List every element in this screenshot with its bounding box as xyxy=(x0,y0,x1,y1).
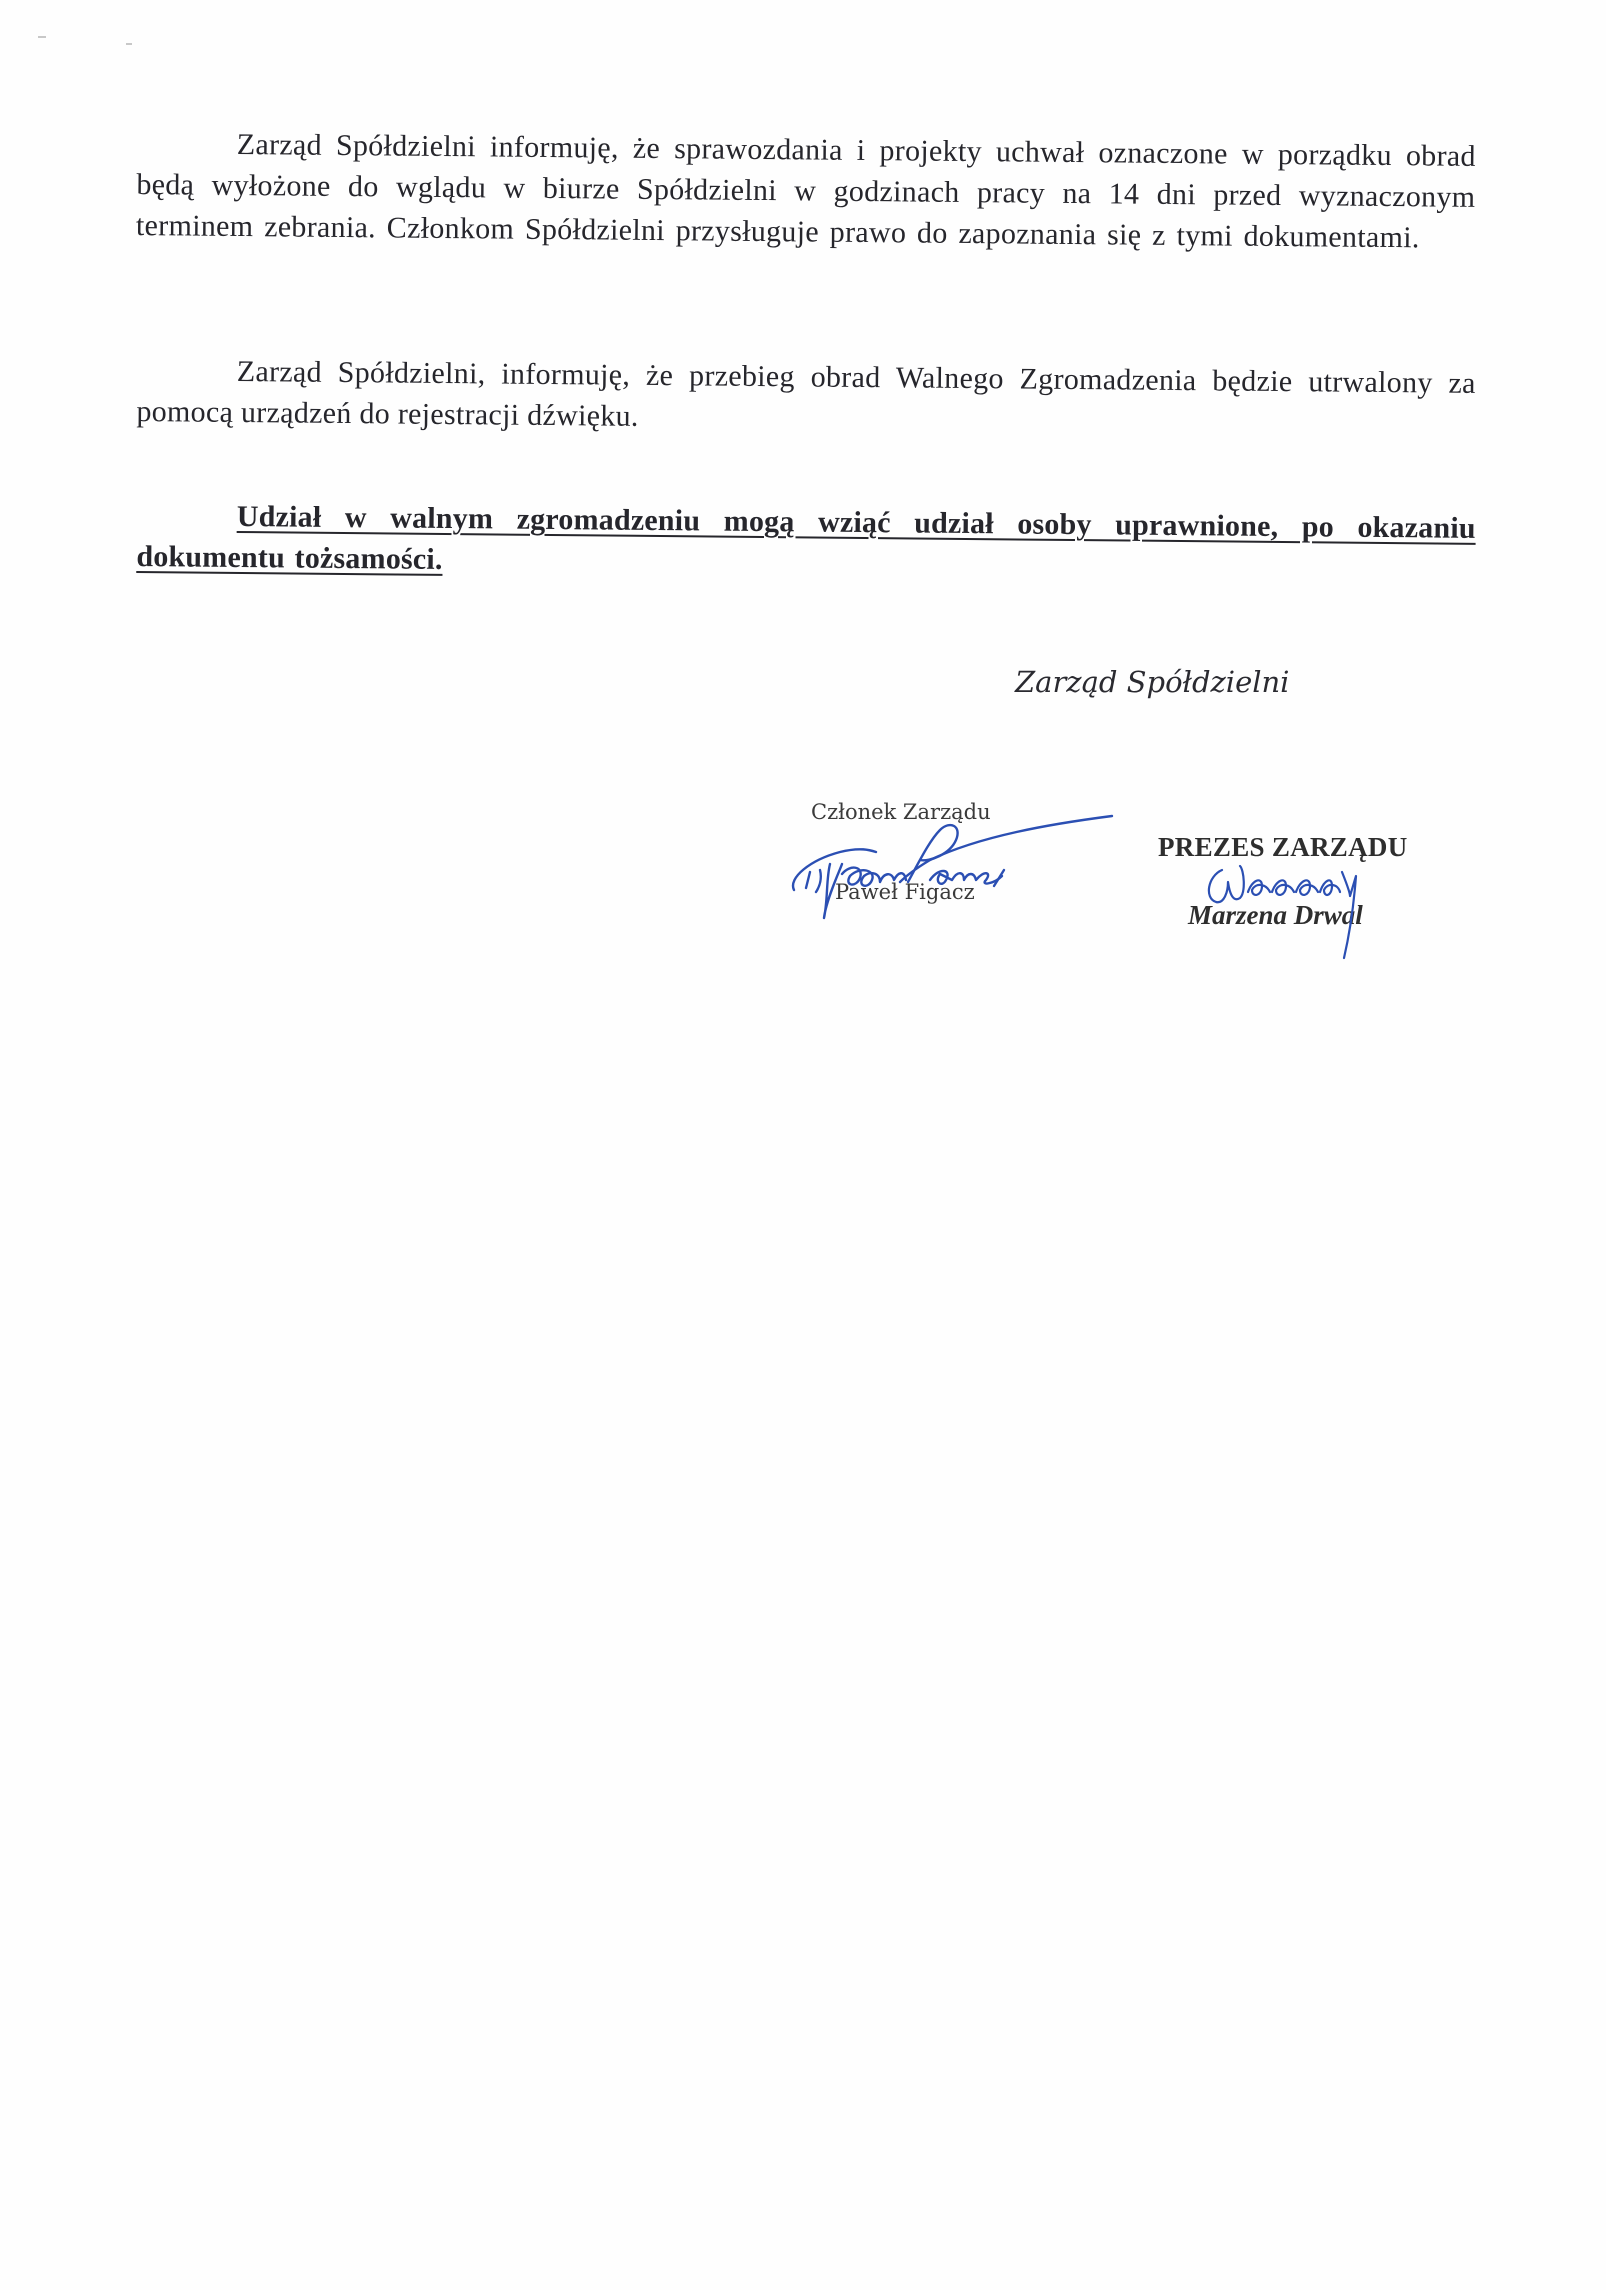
closing-signature-line: Zarząd Spółdzielni xyxy=(1015,665,1289,699)
document-page: Zarząd Spółdzielni informuję, że sprawoz… xyxy=(0,0,1606,2290)
paragraph-attendance-notice: Udział w walnym zgromadzeniu mogą wziąć … xyxy=(136,495,1476,590)
scan-speck xyxy=(38,36,46,38)
paragraph-documents-availability: Zarząd Spółdzielni informuję, że sprawoz… xyxy=(136,123,1476,259)
board-member-signature-icon xyxy=(780,800,1120,920)
president-signature-icon xyxy=(1200,862,1400,962)
paragraph-audio-recording: Zarząd Spółdzielni, informuję, że przebi… xyxy=(136,350,1476,445)
president-title: PREZES ZARZĄDU xyxy=(1158,832,1408,863)
scan-speck xyxy=(126,43,132,45)
